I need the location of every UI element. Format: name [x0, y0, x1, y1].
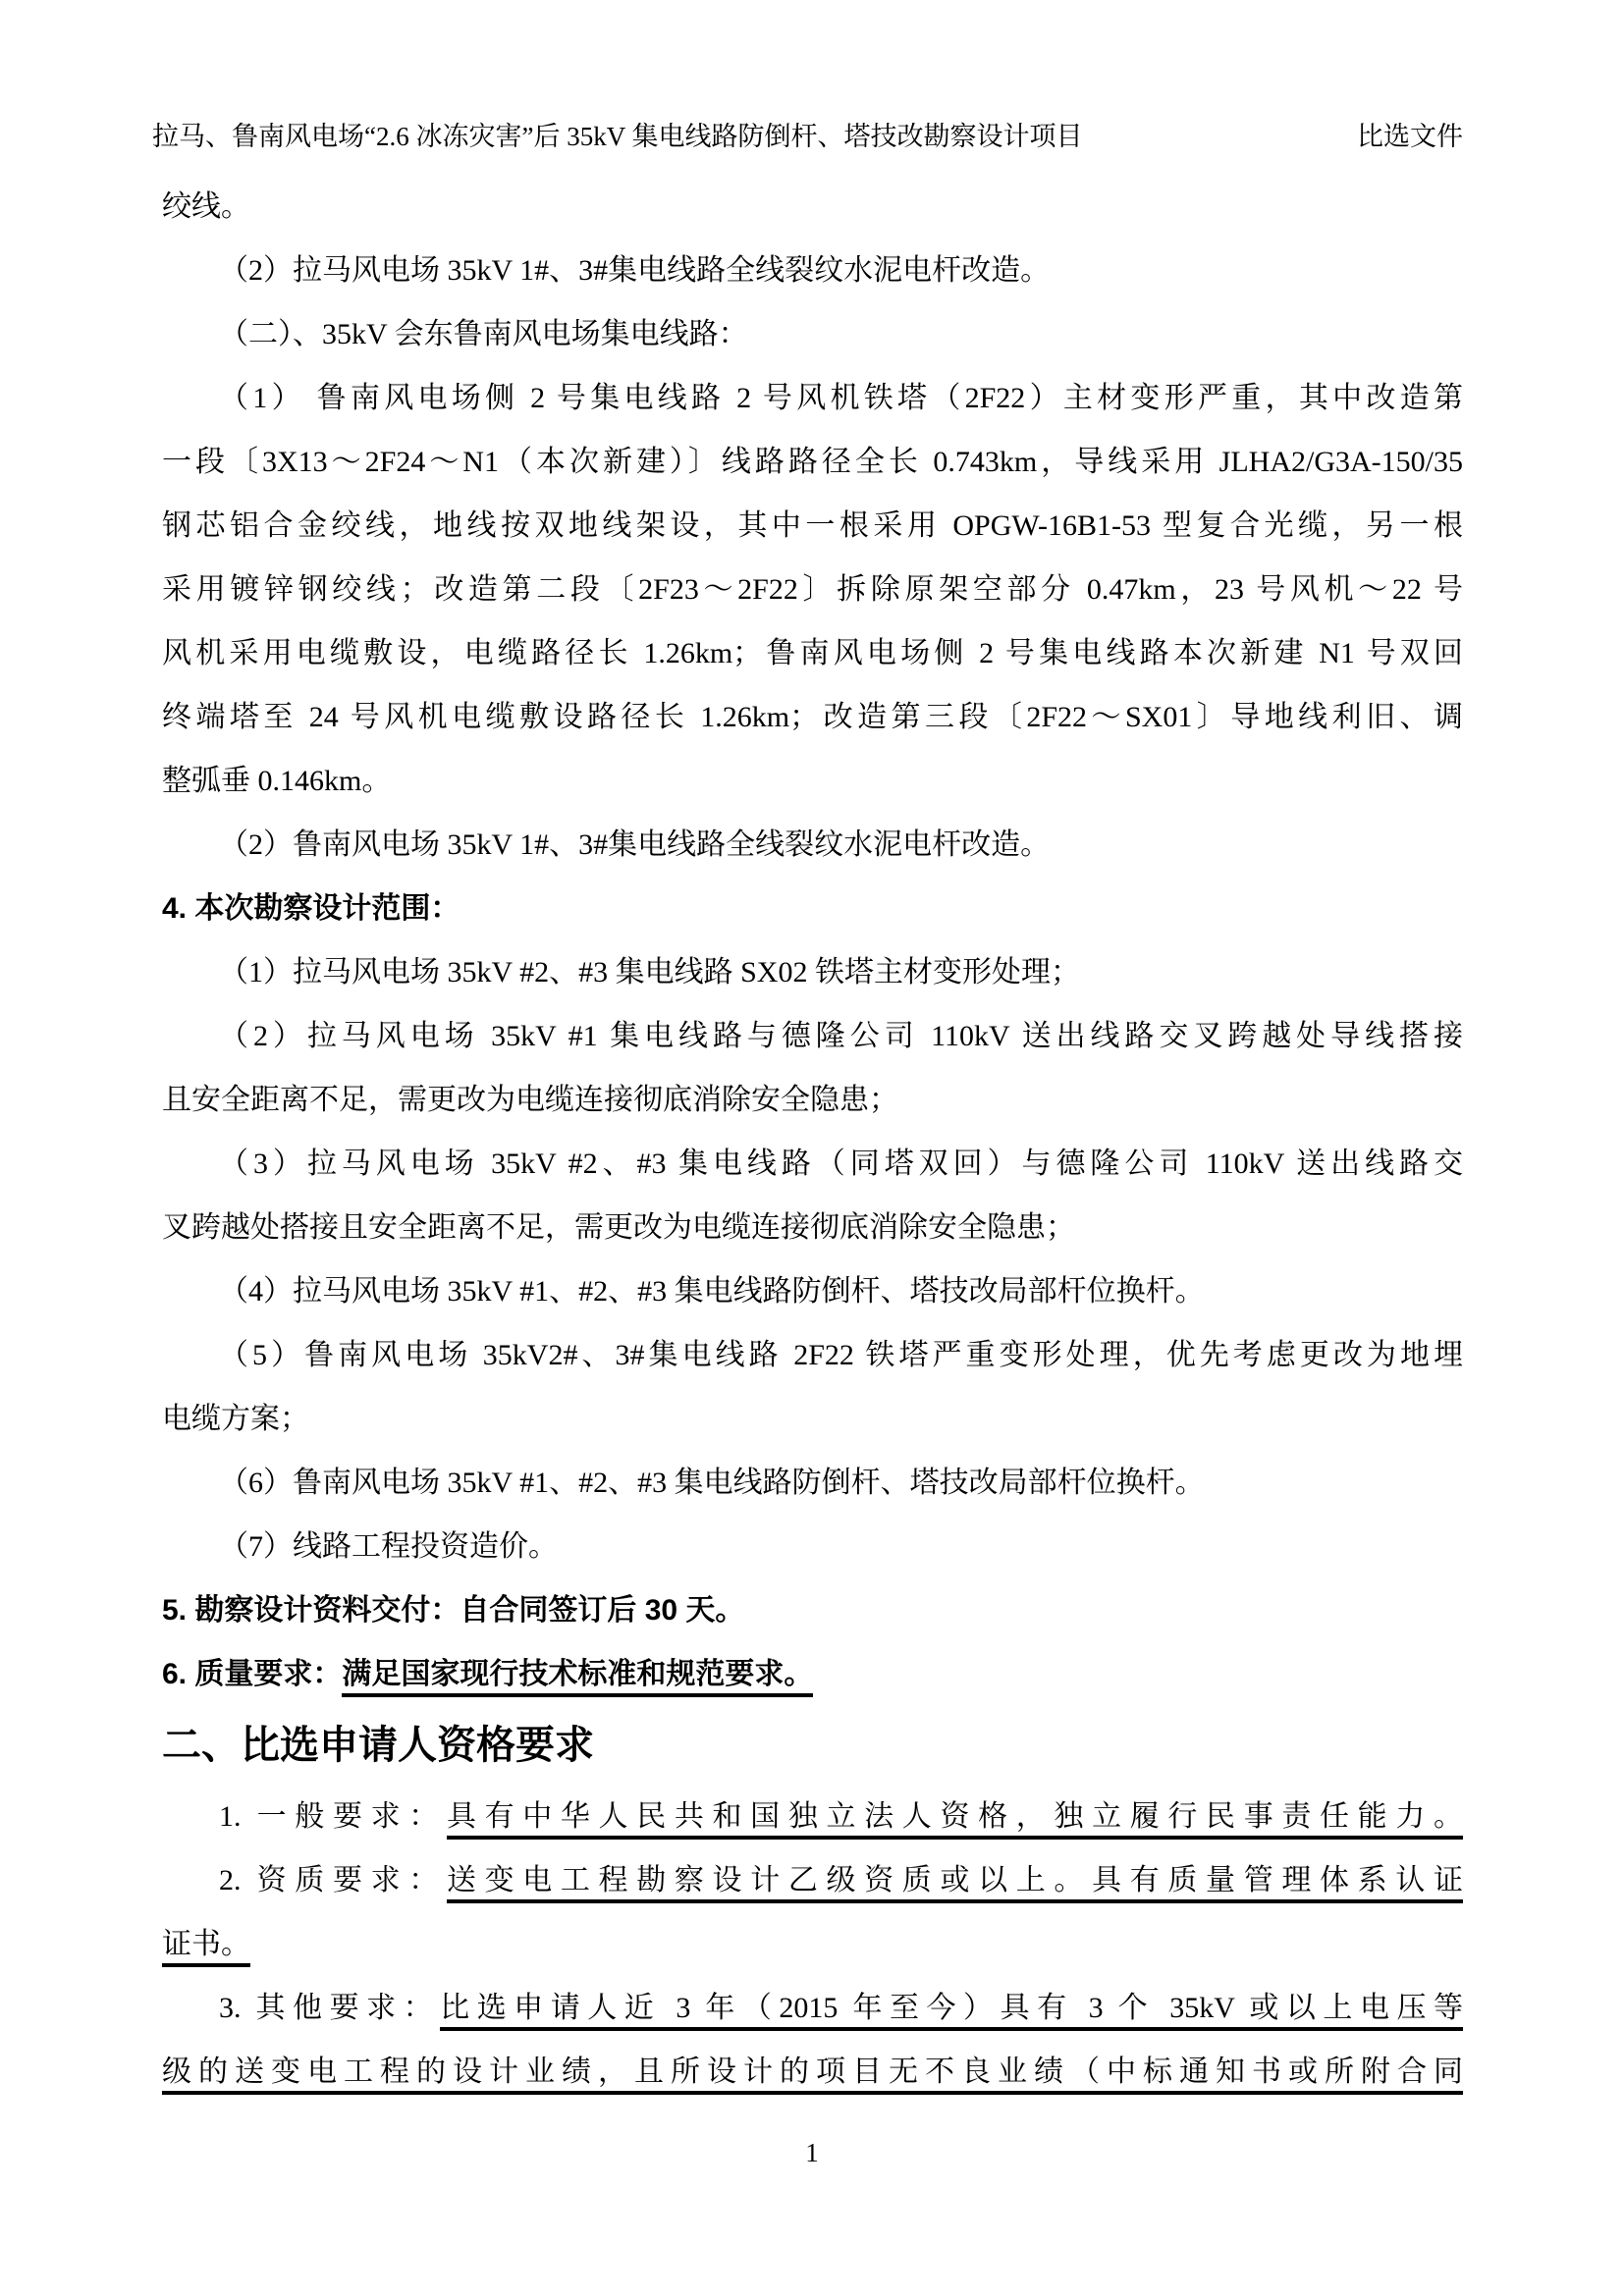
chapter-2-heading: 二、比选申请人资格要求 [162, 1706, 1463, 1785]
requirement-2-continuation-underlined: 证书。 [162, 1928, 250, 1967]
page-header: 拉马、鲁南风电场“2.6 冰冻灾害”后 35kV 集电线路防倒杆、塔技改勘察设计… [152, 120, 1463, 153]
body-line-02: （2）拉马风电场 35kV 1#、3#集电线路全线裂纹水泥电杆改造。 [162, 239, 1463, 302]
body-line-11: （2）鲁南风电场 35kV 1#、3#集电线路全线裂纹水泥电杆改造。 [162, 813, 1463, 877]
document-page: 拉马、鲁南风电场“2.6 冰冻灾害”后 35kV 集电线路防倒杆、塔技改勘察设计… [0, 0, 1624, 2296]
document-body: 绞线。 （2）拉马风电场 35kV 1#、3#集电线路全线裂纹水泥电杆改造。 （… [162, 175, 1463, 2104]
requirement-2-line: 2. 资质要求：送变电工程勘察设计乙级资质或以上。具有质量管理体系认证 [162, 1848, 1463, 1912]
requirement-1-label: 1. 一般要求： [219, 1800, 447, 1833]
header-project-title: 拉马、鲁南风电场“2.6 冰冻灾害”后 35kV 集电线路防倒杆、塔技改勘察设计… [152, 120, 1082, 153]
section-6-heading: 6. 质量要求：满足国家现行技术标准和规范要求。 [162, 1642, 1463, 1706]
body-line-08: 风机采用电缆敷设，电缆路径长 1.26km；鲁南风电场侧 2 号集电线路本次新建… [162, 621, 1463, 685]
body-line-16: （3）拉马风电场 35kV #2、#3 集电线路（同塔双回）与德隆公司 110k… [162, 1132, 1463, 1196]
header-doc-type: 比选文件 [1357, 120, 1463, 153]
page-footer: 1 [0, 2136, 1624, 2169]
requirement-1-line: 1. 一般要求：具有中华人民共和国独立法人资格，独立履行民事责任能力。 [162, 1785, 1463, 1848]
requirement-2-continuation: 证书。 [162, 1912, 1463, 1976]
body-line-04: （1） 鲁南风电场侧 2 号集电线路 2 号风机铁塔（2F22）主材变形严重，其… [162, 366, 1463, 430]
body-line-01: 绞线。 [162, 175, 1463, 239]
body-line-21: （6）鲁南风电场 35kV #1、#2、#3 集电线路防倒杆、塔技改局部杆位换杆… [162, 1451, 1463, 1515]
section-6-label: 6. 质量要求： [162, 1658, 342, 1690]
body-line-06: 钢芯铝合金绞线，地线按双地线架设，其中一根采用 OPGW-16B1-53 型复合… [162, 494, 1463, 558]
body-line-19: （5）鲁南风电场 35kV2#、3#集电线路 2F22 铁塔严重变形处理，优先考… [162, 1323, 1463, 1387]
requirement-2-label: 2. 资质要求： [219, 1864, 447, 1896]
body-line-14: （2）拉马风电场 35kV #1 集电线路与德隆公司 110kV 送出线路交叉跨… [162, 1004, 1463, 1068]
section-5-heading: 5. 勘察设计资料交付：自合同签订后 30 天。 [162, 1578, 1463, 1642]
body-line-03: （二）、35kV 会东鲁南风电场集电线路： [162, 302, 1463, 366]
body-line-20: 电缆方案； [162, 1387, 1463, 1451]
body-line-18: （4）拉马风电场 35kV #1、#2、#3 集电线路防倒杆、塔技改局部杆位换杆… [162, 1259, 1463, 1323]
body-line-15: 且安全距离不足，需更改为电缆连接彻底消除安全隐患； [162, 1068, 1463, 1132]
requirement-3-continuation: 级的送变电工程的设计业绩，且所设计的项目无不良业绩（中标通知书或所附合同 [162, 2040, 1463, 2104]
body-line-10: 整弧垂 0.146km。 [162, 749, 1463, 813]
requirement-3-label: 3. 其他要求： [219, 1992, 440, 2024]
section-6-requirement-underlined: 满足国家现行技术标准和规范要求。 [342, 1658, 813, 1697]
requirement-1-underlined: 具有中华人民共和国独立法人资格，独立履行民事责任能力。 [447, 1800, 1463, 1840]
requirement-2-underlined: 送变电工程勘察设计乙级资质或以上。具有质量管理体系认证 [447, 1864, 1463, 1903]
body-line-13: （1）拉马风电场 35kV #2、#3 集电线路 SX02 铁塔主材变形处理； [162, 940, 1463, 1004]
body-line-22: （7）线路工程投资造价。 [162, 1515, 1463, 1578]
requirement-3-line: 3. 其他要求：比选申请人近 3 年（2015 年至今）具有 3 个 35kV … [162, 1976, 1463, 2040]
body-line-17: 叉跨越处搭接且安全距离不足，需更改为电缆连接彻底消除安全隐患； [162, 1196, 1463, 1259]
body-line-07: 采用镀锌钢绞线；改造第二段〔2F23～2F22〕拆除原架空部分 0.47km，2… [162, 558, 1463, 621]
requirement-3-continuation-underlined: 级的送变电工程的设计业绩，且所设计的项目无不良业绩（中标通知书或所附合同 [162, 2056, 1463, 2095]
page-number: 1 [805, 2138, 819, 2167]
requirement-3-underlined: 比选申请人近 3 年（2015 年至今）具有 3 个 35kV 或以上电压等 [440, 1992, 1463, 2031]
body-line-05: 一段〔3X13～2F24～N1（本次新建）〕线路路径全长 0.743km，导线采… [162, 430, 1463, 494]
body-line-09: 终端塔至 24 号风机电缆敷设路径长 1.26km；改造第三段〔2F22～SX0… [162, 685, 1463, 749]
section-4-heading: 4. 本次勘察设计范围： [162, 877, 1463, 940]
